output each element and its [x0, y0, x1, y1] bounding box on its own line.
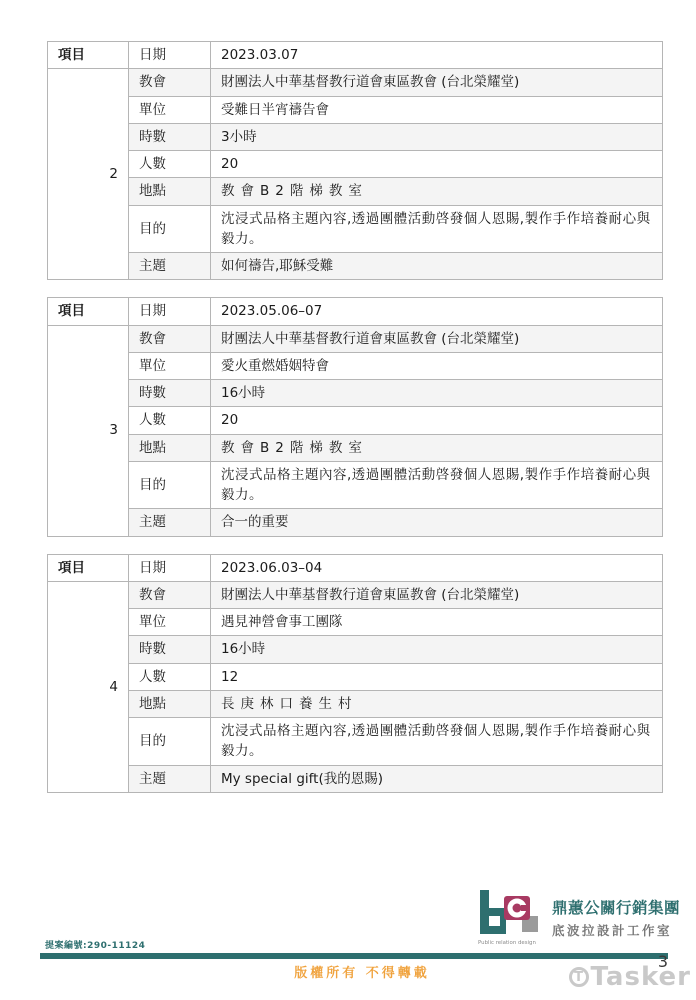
row-value: 合一的重要 — [211, 509, 663, 536]
row-label: 主題 — [129, 509, 211, 536]
row-value: 受難日半宵禱告會 — [211, 96, 663, 123]
record-table: 項目日期2023.03.072教會財團法人中華基督教行道會東區教會 (台北榮耀堂… — [47, 41, 663, 280]
row-label: 單位 — [129, 96, 211, 123]
company-logo: Public relation design 鼎蕙公關行銷集團 底波拉設計工作室 — [478, 890, 680, 946]
row-value: 沈浸式品格主題內容,透過團體活動啓發個人恩賜,製作手作培養耐心與毅力。 — [211, 718, 663, 766]
row-label: 日期 — [129, 554, 211, 581]
logo-mark: Public relation design — [478, 890, 548, 946]
row-label: 主題 — [129, 765, 211, 792]
table-row: 地點教會B2階梯教室 — [48, 178, 663, 205]
record-table: 項目日期2023.06.03–044教會財團法人中華基督教行道會東區教會 (台北… — [47, 554, 663, 793]
row-value: 沈浸式品格主題內容,透過團體活動啓發個人恩賜,製作手作培養耐心與毅力。 — [211, 205, 663, 253]
row-value: 2023.06.03–04 — [211, 554, 663, 581]
row-value: 愛火重燃婚姻特會 — [211, 352, 663, 379]
table-row: 項目日期2023.03.07 — [48, 42, 663, 69]
table-row: 地點長庚林口養生村 — [48, 690, 663, 717]
row-label: 地點 — [129, 690, 211, 717]
row-value: 財團法人中華基督教行道會東區教會 (台北榮耀堂) — [211, 69, 663, 96]
row-value: 財團法人中華基督教行道會東區教會 (台北榮耀堂) — [211, 581, 663, 608]
row-value: 2023.05.06–07 — [211, 298, 663, 325]
tasker-watermark-text: Tasker — [591, 962, 691, 992]
table-row: 人數12 — [48, 663, 663, 690]
row-value: 16小時 — [211, 380, 663, 407]
table-row: 時數3小時 — [48, 123, 663, 150]
row-value: 長庚林口養生村 — [211, 690, 663, 717]
row-value: 12 — [211, 663, 663, 690]
row-value: 20 — [211, 151, 663, 178]
table-row: 人數20 — [48, 407, 663, 434]
table-row: 人數20 — [48, 151, 663, 178]
row-value: 16小時 — [211, 636, 663, 663]
table-row: 3教會財團法人中華基督教行道會東區教會 (台北榮耀堂) — [48, 325, 663, 352]
table-row: 目的沈浸式品格主題內容,透過團體活動啓發個人恩賜,製作手作培養耐心與毅力。 — [48, 461, 663, 509]
dc-logo-icon — [478, 890, 548, 934]
row-label: 時數 — [129, 380, 211, 407]
row-label: 目的 — [129, 461, 211, 509]
row-label: 日期 — [129, 298, 211, 325]
row-value: 2023.03.07 — [211, 42, 663, 69]
tables-container: 項目日期2023.03.072教會財團法人中華基督教行道會東區教會 (台北榮耀堂… — [0, 0, 696, 793]
table-row: 項目日期2023.06.03–04 — [48, 554, 663, 581]
row-label: 人數 — [129, 663, 211, 690]
tasker-watermark: T Tasker — [569, 962, 691, 992]
item-number-cell: 2 — [48, 69, 129, 280]
row-label: 目的 — [129, 205, 211, 253]
row-label: 人數 — [129, 151, 211, 178]
row-label: 教會 — [129, 581, 211, 608]
row-label: 人數 — [129, 407, 211, 434]
row-value: 20 — [211, 407, 663, 434]
row-value: 財團法人中華基督教行道會東區教會 (台北榮耀堂) — [211, 325, 663, 352]
table-row: 4教會財團法人中華基督教行道會東區教會 (台北榮耀堂) — [48, 581, 663, 608]
row-value: 3小時 — [211, 123, 663, 150]
table-row: 主題如何禱告,耶穌受難 — [48, 253, 663, 280]
table-row: 目的沈浸式品格主題內容,透過團體活動啓發個人恩賜,製作手作培養耐心與毅力。 — [48, 718, 663, 766]
row-label: 目的 — [129, 718, 211, 766]
item-number-cell: 4 — [48, 581, 129, 792]
item-number-cell: 3 — [48, 325, 129, 536]
document-page: 項目日期2023.03.072教會財團法人中華基督教行道會東區教會 (台北榮耀堂… — [0, 0, 696, 1000]
row-value: 遇見神營會事工團隊 — [211, 609, 663, 636]
table-row: 項目日期2023.05.06–07 — [48, 298, 663, 325]
row-value: 如何禱告,耶穌受難 — [211, 253, 663, 280]
table-row: 單位遇見神營會事工團隊 — [48, 609, 663, 636]
table-row: 目的沈浸式品格主題內容,透過團體活動啓發個人恩賜,製作手作培養耐心與毅力。 — [48, 205, 663, 253]
row-label: 主題 — [129, 253, 211, 280]
tasker-logo-icon: T — [569, 967, 589, 987]
table-row: 地點教會B2階梯教室 — [48, 434, 663, 461]
logo-text: 鼎蕙公關行銷集團 底波拉設計工作室 — [552, 890, 680, 939]
table-row: 主題合一的重要 — [48, 509, 663, 536]
row-value: 沈浸式品格主題內容,透過團體活動啓發個人恩賜,製作手作培養耐心與毅力。 — [211, 461, 663, 509]
footer-divider-bar — [40, 953, 668, 959]
table-row: 單位受難日半宵禱告會 — [48, 96, 663, 123]
row-label: 教會 — [129, 69, 211, 96]
proposal-number: 提案編號:290-11124 — [45, 938, 145, 951]
table-row: 主題My special gift(我的恩賜) — [48, 765, 663, 792]
row-label: 教會 — [129, 325, 211, 352]
item-header-cell: 項目 — [48, 554, 129, 581]
table-row: 單位愛火重燃婚姻特會 — [48, 352, 663, 379]
item-header-cell: 項目 — [48, 42, 129, 69]
studio-name: 底波拉設計工作室 — [552, 921, 680, 939]
logo-tagline: Public relation design — [478, 939, 541, 945]
table-row: 時數16小時 — [48, 636, 663, 663]
table-row: 2教會財團法人中華基督教行道會東區教會 (台北榮耀堂) — [48, 69, 663, 96]
row-value: My special gift(我的恩賜) — [211, 765, 663, 792]
row-label: 地點 — [129, 178, 211, 205]
row-label: 時數 — [129, 636, 211, 663]
row-value: 教會B2階梯教室 — [211, 178, 663, 205]
row-label: 時數 — [129, 123, 211, 150]
item-header-cell: 項目 — [48, 298, 129, 325]
row-label: 單位 — [129, 352, 211, 379]
company-name: 鼎蕙公關行銷集團 — [552, 896, 680, 918]
row-label: 地點 — [129, 434, 211, 461]
row-label: 日期 — [129, 42, 211, 69]
row-label: 單位 — [129, 609, 211, 636]
record-table: 項目日期2023.05.06–073教會財團法人中華基督教行道會東區教會 (台北… — [47, 297, 663, 536]
row-value: 教會B2階梯教室 — [211, 434, 663, 461]
table-row: 時數16小時 — [48, 380, 663, 407]
